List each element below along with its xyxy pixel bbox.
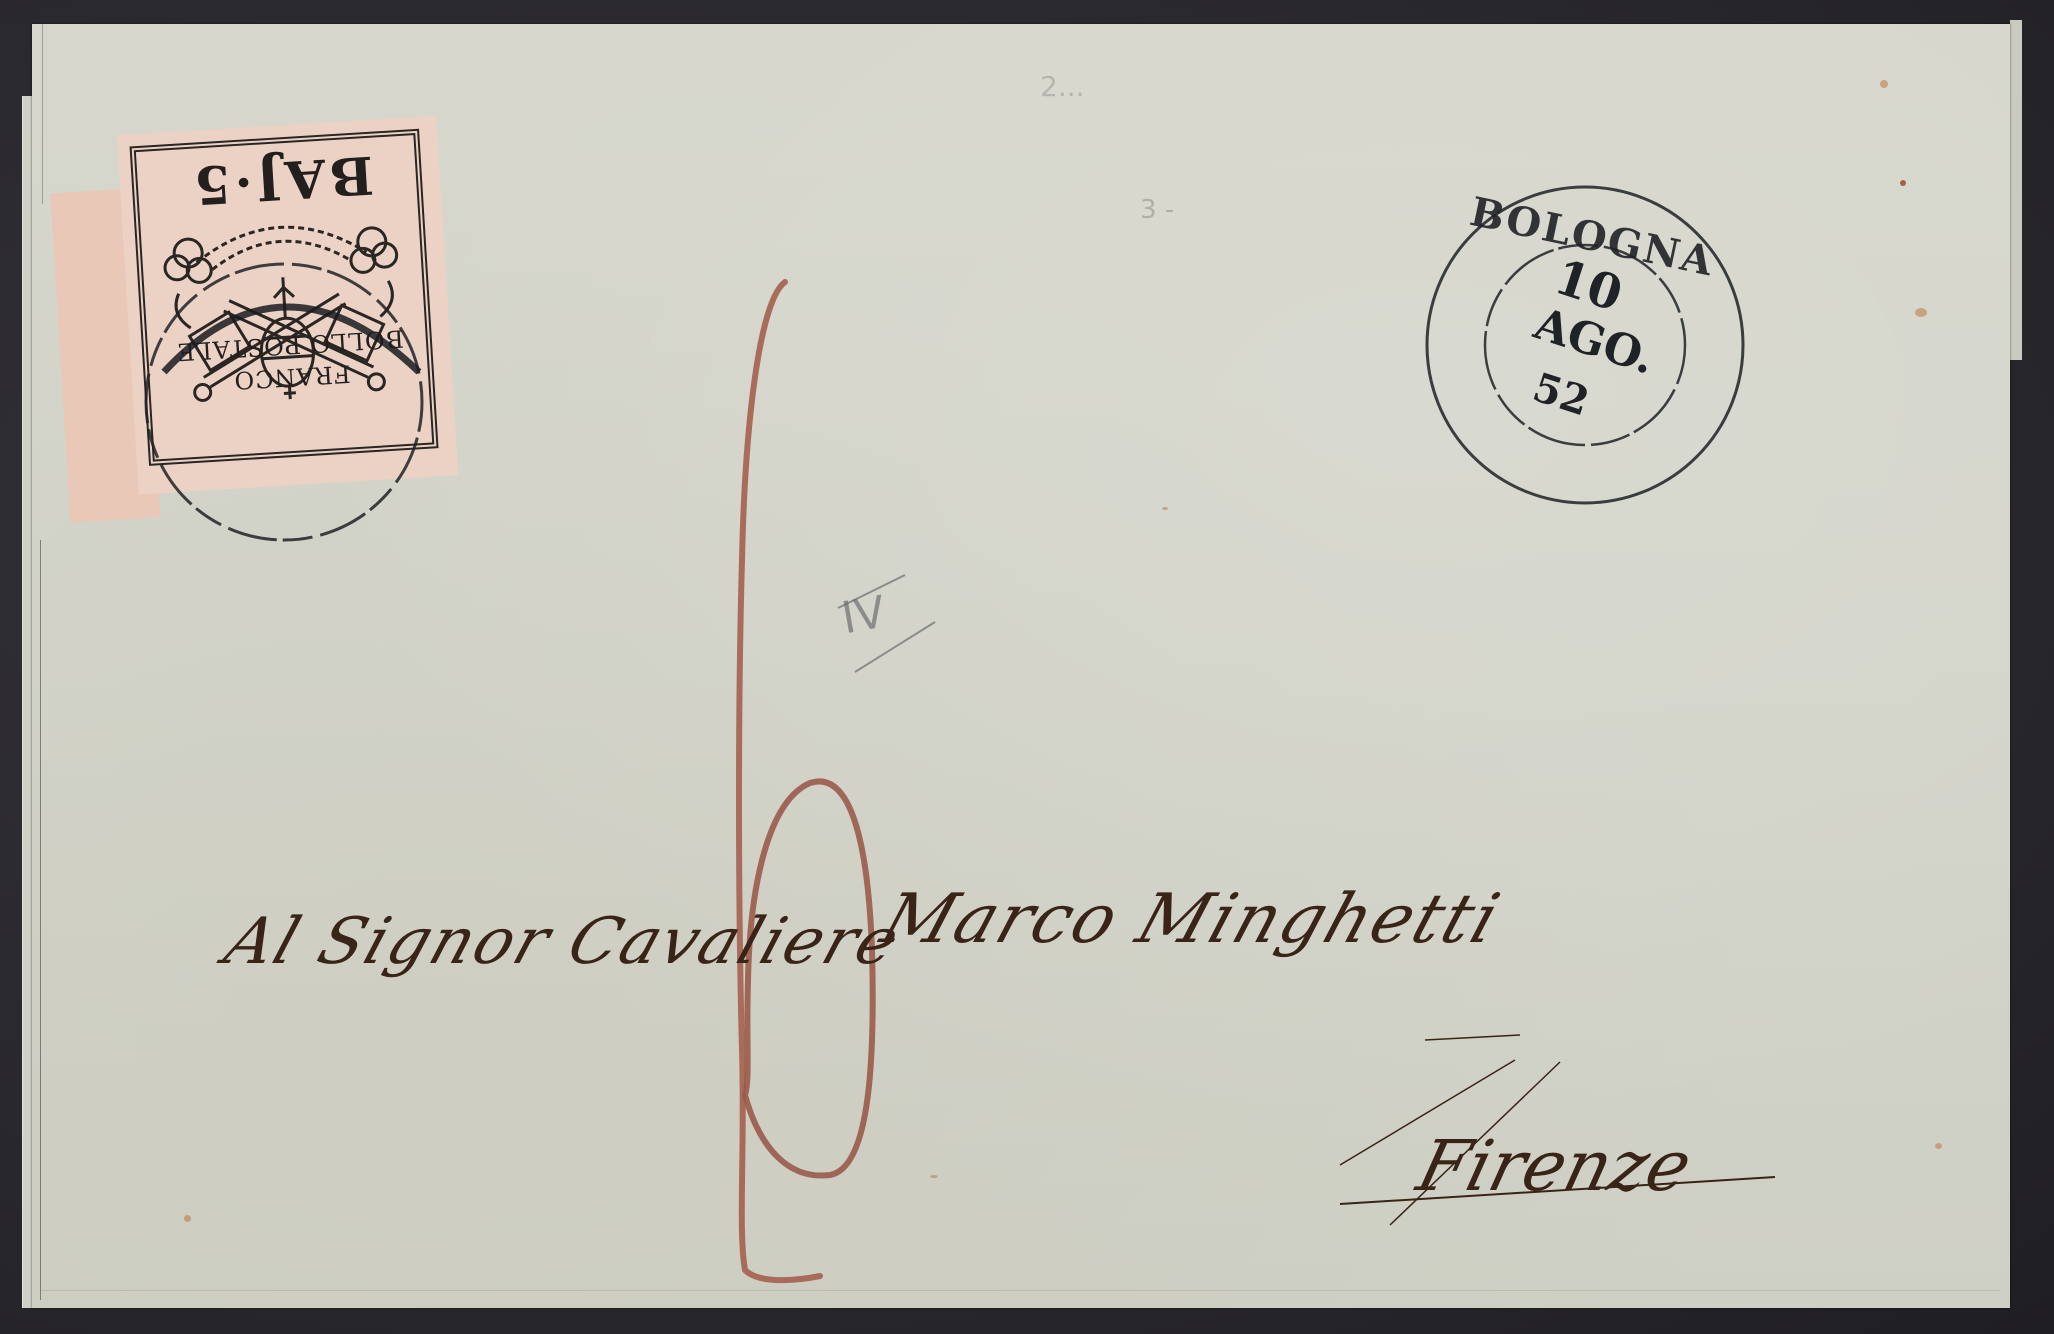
cover-photo-scene: BAJ·5 BOLLO POSTALE FRANCO BOLOGNA 10 AG… (0, 0, 2054, 1334)
foxing-spot (930, 1175, 938, 1178)
stamp-cancel-postmark (134, 252, 434, 552)
foxing-spot (1935, 1143, 1942, 1149)
address-salutation: Al Signor Cavaliere (216, 905, 910, 979)
right-flap-edge (2010, 20, 2022, 360)
address-city: Firenze (1410, 1125, 1700, 1207)
address-recipient-name: Marco Minghetti (872, 880, 1510, 959)
pencil-box-mark: IV (838, 587, 889, 645)
pencil-top-note: 2... (1040, 70, 1085, 103)
stamp-value: BAJ·5 (180, 143, 383, 216)
date-postmark: BOLOGNA 10 AGO. 52 (1415, 170, 1755, 510)
foxing-spot (1915, 308, 1927, 317)
bottom-crease (40, 1290, 2000, 1291)
fold-line (40, 540, 41, 1300)
foxing-spot (184, 1215, 191, 1222)
foxing-spot (1900, 180, 1906, 186)
foxing-spot (1880, 80, 1888, 88)
pencil-small-note: 3 - (1140, 195, 1174, 225)
foxing-spot (1162, 507, 1168, 510)
